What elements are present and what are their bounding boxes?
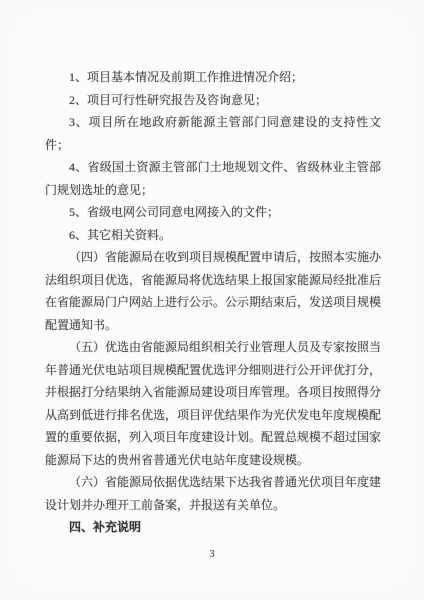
document-body: 1、项目基本情况及前期工作推进情况介绍；2、项目可行性研究报告及咨询意见；3、项… [45, 66, 381, 539]
numbered-list-item: 5、省级电网公司同意电网接入的文件； [45, 201, 381, 224]
page-number: 3 [0, 549, 424, 560]
body-paragraph: （六）省能源局依据优选结果下达我省普通光伏项目年度建设计划并办理开工前备案，并报… [45, 471, 381, 516]
body-paragraph: （五）优选由省能源局组织相关行业管理人员及专家按照当年普通光伏电站项目规模配置优… [45, 336, 381, 471]
numbered-list-item: 4、省级国土资源主管部门土地规划文件、省级林业主管部门规划选址的意见； [45, 156, 381, 201]
body-paragraph: （四）省能源局在收到项目规模配置申请后，按照本实施办法组织项目优选，省能源局将优… [45, 246, 381, 336]
numbered-list-item: 6、其它相关资料。 [45, 224, 381, 247]
numbered-list-item: 3、项目所在地政府新能源主管部门同意建设的支持性文件； [45, 111, 381, 156]
numbered-list-item: 1、项目基本情况及前期工作推进情况介绍； [45, 66, 381, 89]
numbered-list-item: 2、项目可行性研究报告及咨询意见； [45, 89, 381, 112]
document-page: 1、项目基本情况及前期工作推进情况介绍；2、项目可行性研究报告及咨询意见；3、项… [0, 0, 424, 600]
section-heading: 四、补充说明 [45, 516, 381, 539]
